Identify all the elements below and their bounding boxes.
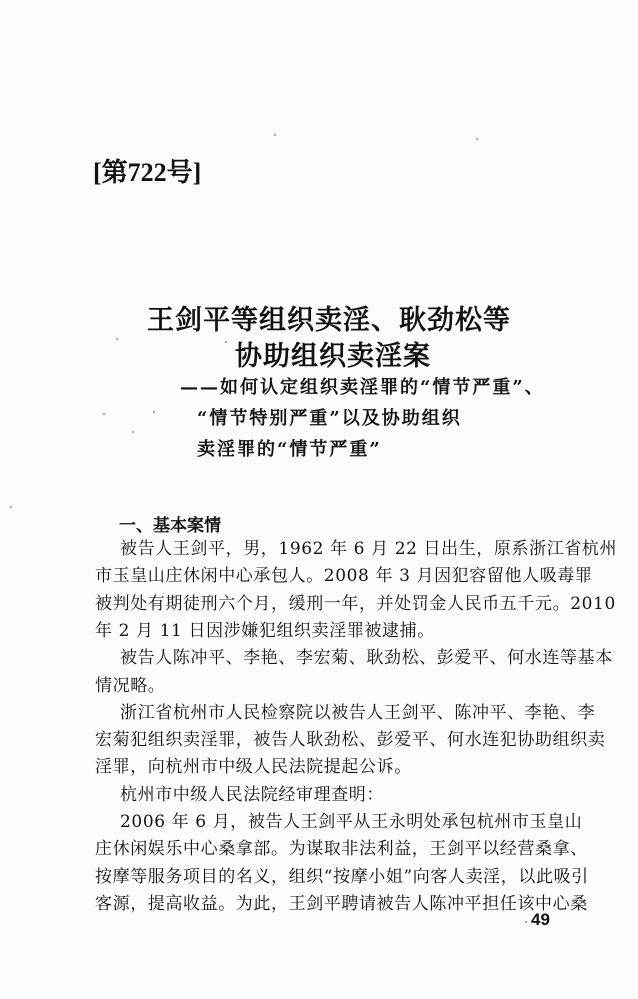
- body-line: 杭州市中级人民法院经审理查明：: [120, 785, 577, 805]
- case-number: [第722号]: [93, 152, 201, 189]
- body-line: 情况略。: [95, 676, 577, 696]
- body-line: 年 2 月 11 日因涉嫌犯组织卖淫罪被逮捕。: [95, 621, 577, 641]
- subtitle-line-1: ——如何认定组织卖淫罪的“情节严重”、: [180, 373, 545, 399]
- scan-speck: [525, 921, 527, 923]
- body-line: 2006 年 6 月，被告人王剑平从王永明处承包杭州市玉皇山: [120, 812, 577, 832]
- section-heading: 一、基本案情: [119, 511, 221, 536]
- body-line: 淫罪，向杭州市中级人民法院提起公诉。: [95, 757, 577, 777]
- body-line: 浙江省杭州市人民检察院以被告人王剑平、陈冲平、李艳、李: [120, 703, 577, 723]
- scan-speck: [153, 411, 155, 413]
- body-line: 按摩等服务项目的名义，组织“按摩小姐”向客人卖淫，以此吸引: [95, 867, 577, 887]
- scan-speck: [476, 138, 478, 140]
- body-line: 被告人王剑平，男，1962 年 6 月 22 日出生，原系浙江省杭州: [120, 539, 577, 559]
- case-title-line-1: 王剑平等组织卖淫、耿劲松等: [10, 298, 638, 337]
- body-line: 客源，提高收益。为此，王剑平聘请被告人陈冲平担任该中心桑: [95, 894, 577, 914]
- scan-speck: [116, 338, 118, 340]
- body-line: 被告人陈冲平、李艳、李宏菊、耿劲松、彭爱平、何水连等基本: [120, 648, 577, 668]
- body-line: 宏菊犯组织卖淫罪，被告人耿劲松、彭爱平、何水连犯协助组织卖: [95, 730, 577, 750]
- body-line: 庄休闲娱乐中心桑拿部。为谋取非法利益，王剑平以经营桑拿、: [95, 839, 577, 859]
- subtitle-line-2: “情节特别严重”以及协助组织: [197, 404, 462, 430]
- scan-speck: [225, 341, 227, 343]
- page-number: 49: [531, 910, 550, 930]
- case-title-line-2: 协助组织卖淫案: [14, 334, 638, 373]
- scan-speck: [274, 134, 276, 136]
- document-page: [第722号] 王剑平等组织卖淫、耿劲松等 协助组织卖淫案 ——如何认定组织卖淫…: [0, 0, 638, 999]
- body-line: 市玉皇山庄休闲中心承包人。2008 年 3 月因犯容留他人吸毒罪: [95, 566, 577, 586]
- body-line: 被判处有期徒刑六个月，缓刑一年，并处罚金人民币五千元。2010: [95, 594, 577, 614]
- subtitle-line-3: 卖淫罪的“情节严重”: [197, 435, 382, 461]
- scan-speck: [10, 506, 12, 508]
- scan-speck: [103, 413, 105, 415]
- scan-speck: [132, 431, 134, 433]
